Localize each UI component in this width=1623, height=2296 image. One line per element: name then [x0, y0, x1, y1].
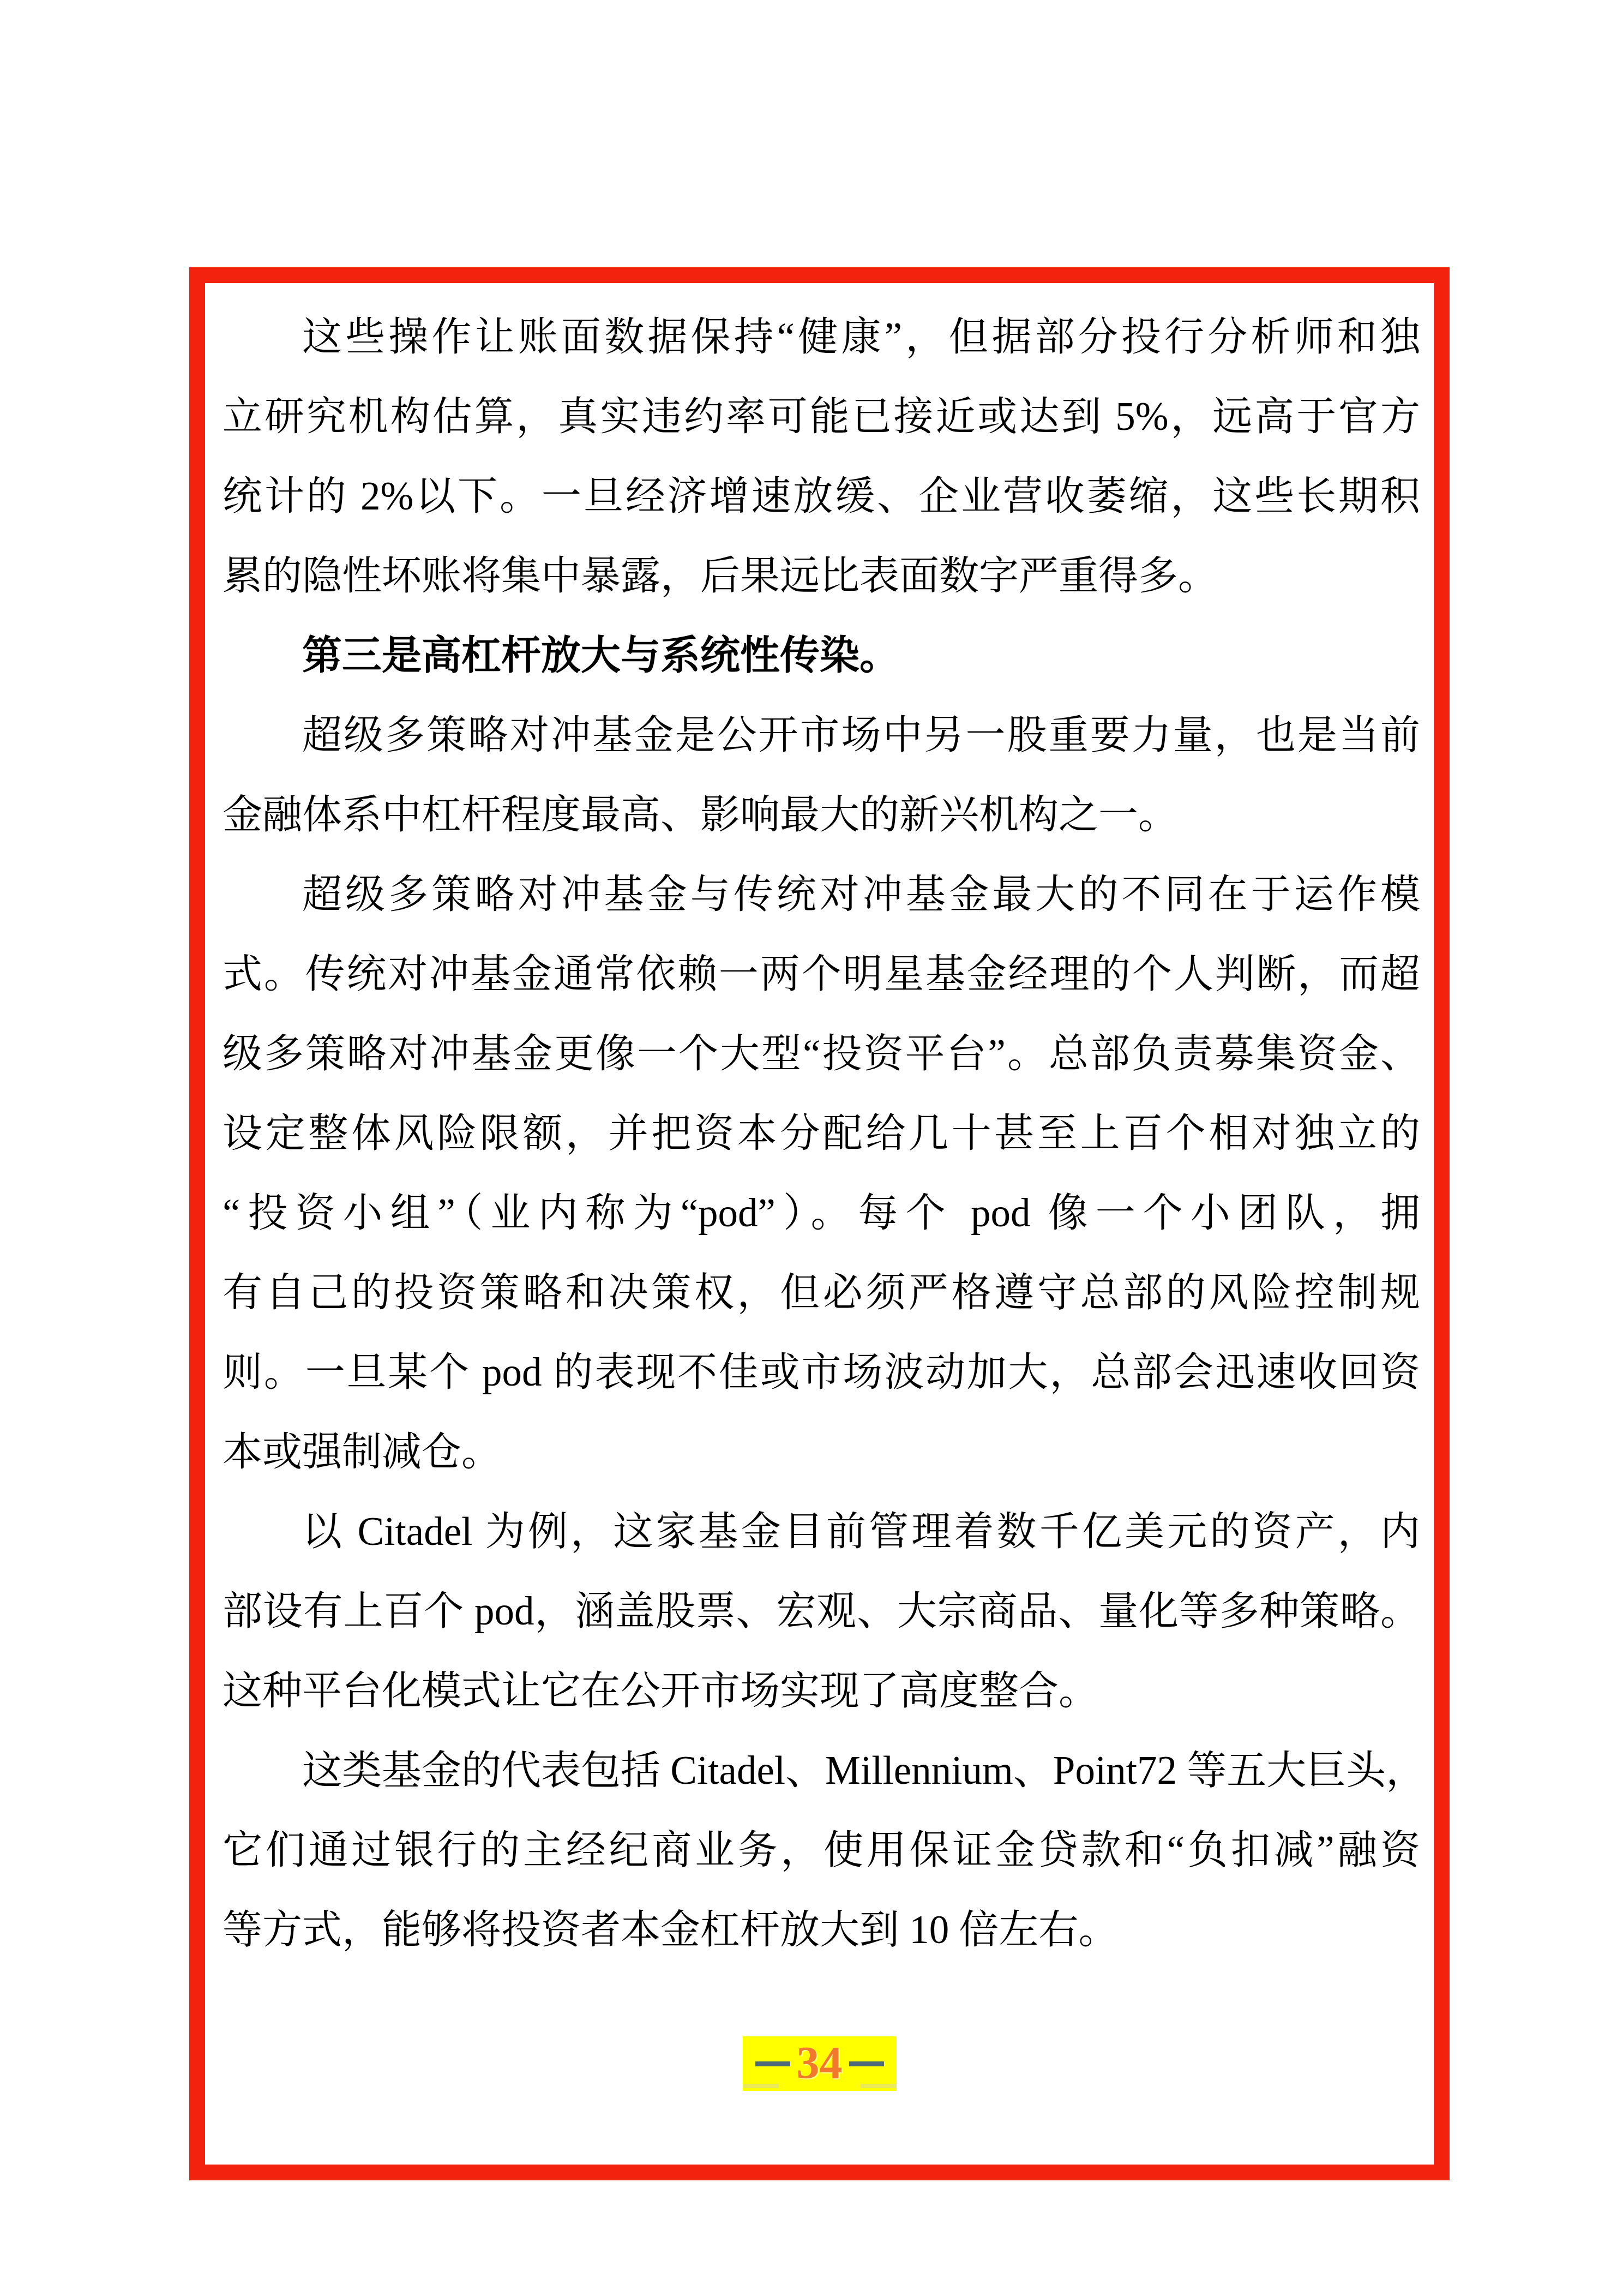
- body-text: 这些操作让账面数据保持“健康”，但据部分投行分析师和独立研究机构估算，真实违约率…: [223, 297, 1420, 1970]
- text-line: 超级多策略对冲基金与传统对冲基金最大的不同在于运作模: [223, 855, 1420, 934]
- text-line: 有自己的投资策略和决策权，但必须严格遵守总部的风险控制规: [223, 1253, 1420, 1333]
- text-line: 第三是高杠杆放大与系统性传染。: [223, 616, 1420, 696]
- text-line: 金融体系中杠杆程度最高、影响最大的新兴机构之一。: [223, 775, 1420, 855]
- text-line: 本或强制减仓。: [223, 1412, 1420, 1492]
- page-canvas: { "document": { "lines": [ { "text": "这些…: [0, 0, 1623, 2296]
- text-line: “投资小组”（业内称为“pod”）。每个 pod 像一个小团队，拥: [223, 1173, 1420, 1253]
- red-border-frame: 这些操作让账面数据保持“健康”，但据部分投行分析师和独立研究机构估算，真实违约率…: [189, 267, 1450, 2180]
- text-line: 统计的 2%以下。一旦经济增速放缓、企业营收萎缩，这些长期积: [223, 457, 1420, 536]
- highlight-underline-left: [743, 2084, 779, 2088]
- text-line: 以 Citadel 为例，这家基金目前管理着数千亿美元的资产，内: [223, 1492, 1420, 1572]
- text-line: 则。一旦某个 pod 的表现不佳或市场波动加大，总部会迅速收回资: [223, 1333, 1420, 1412]
- text-line: 这类基金的代表包括 Citadel、Millennium、Point72 等五大…: [223, 1731, 1420, 1811]
- page-number-highlight: 34: [743, 2036, 897, 2091]
- highlight-underline-right: [861, 2084, 897, 2088]
- page-number-dash-left: [755, 2061, 790, 2066]
- text-line: 设定整体风险限额，并把资本分配给几十甚至上百个相对独立的: [223, 1094, 1420, 1173]
- text-line: 累的隐性坏账将集中暴露，后果远比表面数字严重得多。: [223, 536, 1420, 616]
- page-number-dash-right: [849, 2061, 884, 2066]
- text-line: 等方式，能够将投资者本金杠杆放大到 10 倍左右。: [223, 1890, 1420, 1970]
- text-line: 超级多策略对冲基金是公开市场中另一股重要力量，也是当前: [223, 696, 1420, 775]
- text-line: 级多策略对冲基金更像一个大型“投资平台”。总部负责募集资金、: [223, 1014, 1420, 1094]
- text-line: 立研究机构估算，真实违约率可能已接近或达到 5%，远高于官方: [223, 377, 1420, 457]
- text-line: 它们通过银行的主经纪商业务，使用保证金贷款和“负扣减”融资: [223, 1811, 1420, 1890]
- text-line: 这种平台化模式让它在公开市场实现了高度整合。: [223, 1651, 1420, 1731]
- text-line: 式。传统对冲基金通常依赖一两个明星基金经理的个人判断，而超: [223, 934, 1420, 1014]
- text-line: 部设有上百个 pod，涵盖股票、宏观、大宗商品、量化等多种策略。: [223, 1572, 1420, 1651]
- text-line: 这些操作让账面数据保持“健康”，但据部分投行分析师和独: [223, 297, 1420, 377]
- page-number: 34: [797, 2036, 843, 2091]
